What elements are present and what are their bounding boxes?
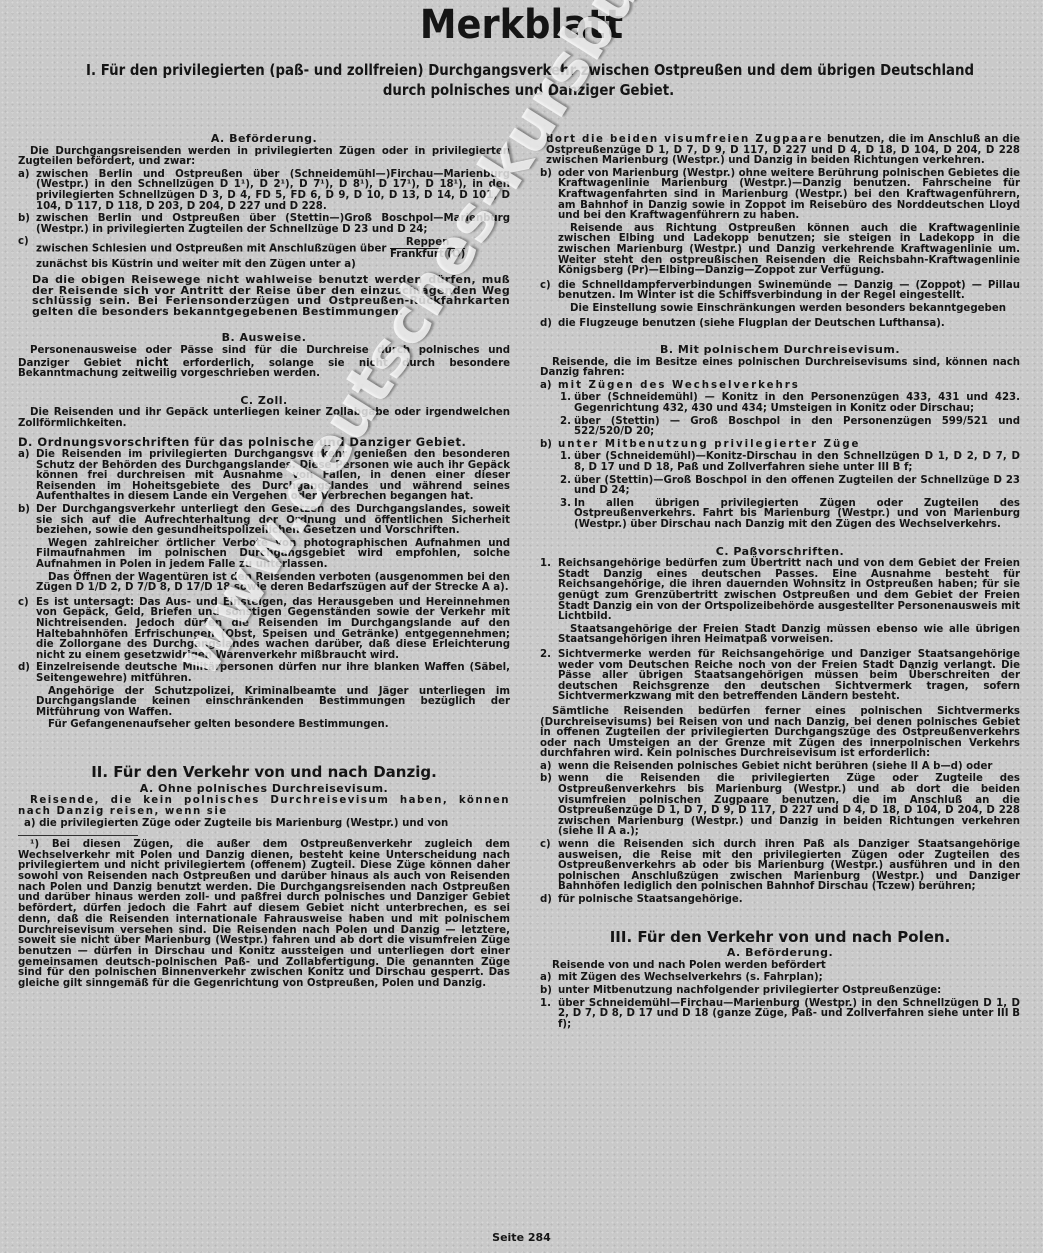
heading-a-befoerderung: A. Beförderung.	[18, 134, 510, 145]
footnote: ¹) Bei diesen Zügen, die außer dem Ostpr…	[18, 840, 510, 990]
list-item: b) Der Durchgangsverkehr unterliegt den …	[18, 505, 510, 596]
heading-iii-a: A. Beförderung.	[540, 948, 1020, 959]
heading-ii-c: C. Paßvorschriften.	[540, 547, 1020, 558]
list-item: d) Einzelreisende deutsche Militärperson…	[18, 663, 510, 733]
paragraph: Reisende von und nach Polen werden beför…	[540, 961, 1020, 972]
list-item: a) zwischen Berlin und Ostpreußen über (…	[18, 170, 510, 212]
footnote-divider	[18, 835, 138, 836]
section-i-title: I. Für den privilegierten (paß- und zoll…	[86, 60, 971, 100]
paragraph: Sämtliche Reisenden bedürfen ferner eine…	[540, 707, 1020, 760]
section-ii-title: II. Für den Verkehr von und nach Danzig.	[18, 767, 510, 778]
paragraph: Personenausweise oder Pässe sind für die…	[18, 346, 510, 380]
list-item: 2. über (Stettin)—Groß Boschpol in den o…	[560, 476, 1020, 497]
list-item: 3. In allen übrigen privilegierten Zügen…	[560, 499, 1020, 531]
route-fraction: Reppen Frankfurt (O)	[390, 237, 465, 260]
list-item: c) wenn die Reisenden sich durch ihren P…	[540, 840, 1020, 893]
list-item: 2. Sichtvermerke werden für Reichsangehö…	[540, 650, 1020, 703]
right-column: dort die beiden visumfreien Zugpaare ben…	[540, 135, 1020, 1032]
list-item: b) unter Mitbenutzung privilegierter Züg…	[540, 440, 1020, 451]
section-i-title-line1: I. Für den privilegierten (paß- und zoll…	[86, 60, 971, 80]
list-item: b) zwischen Berlin und Ostpreußen über (…	[18, 214, 510, 235]
list-item: a) wenn die Reisenden polnisches Gebiet …	[540, 762, 1020, 773]
paragraph: Die Reisenden und ihr Gepäck unterliegen…	[18, 408, 510, 429]
list-item: c) zwischen Schlesien und Ostpreußen mit…	[18, 237, 510, 271]
paragraph: Reisende, die im Besitze eines polnische…	[540, 358, 1020, 379]
list-item: a) die privilegierten Züge oder Zugteile…	[18, 819, 510, 830]
list-item: 1. Reichsangehörige bedürfen zum Übertri…	[540, 559, 1020, 648]
heading-ii-a: A. Ohne polnisches Durchreisevisum.	[18, 784, 510, 795]
section-i-title-line2: durch polnisches und Danziger Gebiet.	[86, 80, 971, 100]
paragraph: Die Durchgangsreisenden werden in privil…	[18, 147, 510, 168]
list-item: d) die Flugzeuge benutzen (siehe Flugpla…	[540, 319, 1020, 330]
list-item: c) Es ist untersagt: Das Aus- und Einste…	[18, 598, 510, 662]
list-item: 2. über (Stettin) — Groß Boschpol in den…	[560, 417, 1020, 438]
section-iii-title: III. Für den Verkehr von und nach Polen.	[540, 932, 1020, 943]
heading-c-zoll: C. Zoll.	[18, 396, 510, 407]
heading-d-ordnungsvorschriften: D. Ordnungsvorschriften für das polnisch…	[18, 437, 510, 448]
document-page: Merkblatt I. Für den privilegierten (paß…	[0, 0, 1043, 1253]
list-item: a) mit Zügen des Wechselverkehrs (s. Fah…	[540, 973, 1020, 984]
list-item: c) die Schnelldampferverbindungen Swinem…	[540, 281, 1020, 317]
list-item: b) oder von Marienburg (Westpr.) ohne we…	[540, 169, 1020, 279]
paragraph: Reisende, die kein polnisches Durchreise…	[18, 796, 510, 817]
paragraph: dort die beiden visumfreien Zugpaare ben…	[540, 135, 1020, 167]
left-column: A. Beförderung. Die Durchgangsreisenden …	[18, 134, 510, 992]
notice-paragraph: Da die obigen Reisewege nicht wahlweise …	[18, 275, 510, 317]
sub-list: 1. über (Schneidemühl)—Konitz-Dirschau i…	[540, 452, 1020, 530]
list-item: b) unter Mitbenutzung nachfolgender priv…	[540, 986, 1020, 997]
list-item: 1. über (Schneidemühl) — Konitz in den P…	[560, 393, 1020, 414]
sub-list: 1. über (Schneidemühl) — Konitz in den P…	[540, 393, 1020, 437]
page-number: Seite 284	[0, 1231, 1043, 1244]
list-item: b) wenn die Reisenden die privilegierten…	[540, 774, 1020, 838]
list-item: a) Die Reisenden im privilegierten Durch…	[18, 450, 510, 503]
list-item: a) mit Zügen des Wechselverkehrs	[540, 381, 1020, 392]
heading-b-ausweise: B. Ausweise.	[18, 333, 510, 344]
list-item: 1. über Schneidemühl—Firchau—Marienburg …	[540, 999, 1020, 1031]
page-title: Merkblatt	[42, 2, 1002, 48]
list-item: d) für polnische Staatsangehörige.	[540, 895, 1020, 906]
list-item: 1. über (Schneidemühl)—Konitz-Dirschau i…	[560, 452, 1020, 473]
heading-ii-b: B. Mit polnischem Durchreisevisum.	[540, 345, 1020, 356]
